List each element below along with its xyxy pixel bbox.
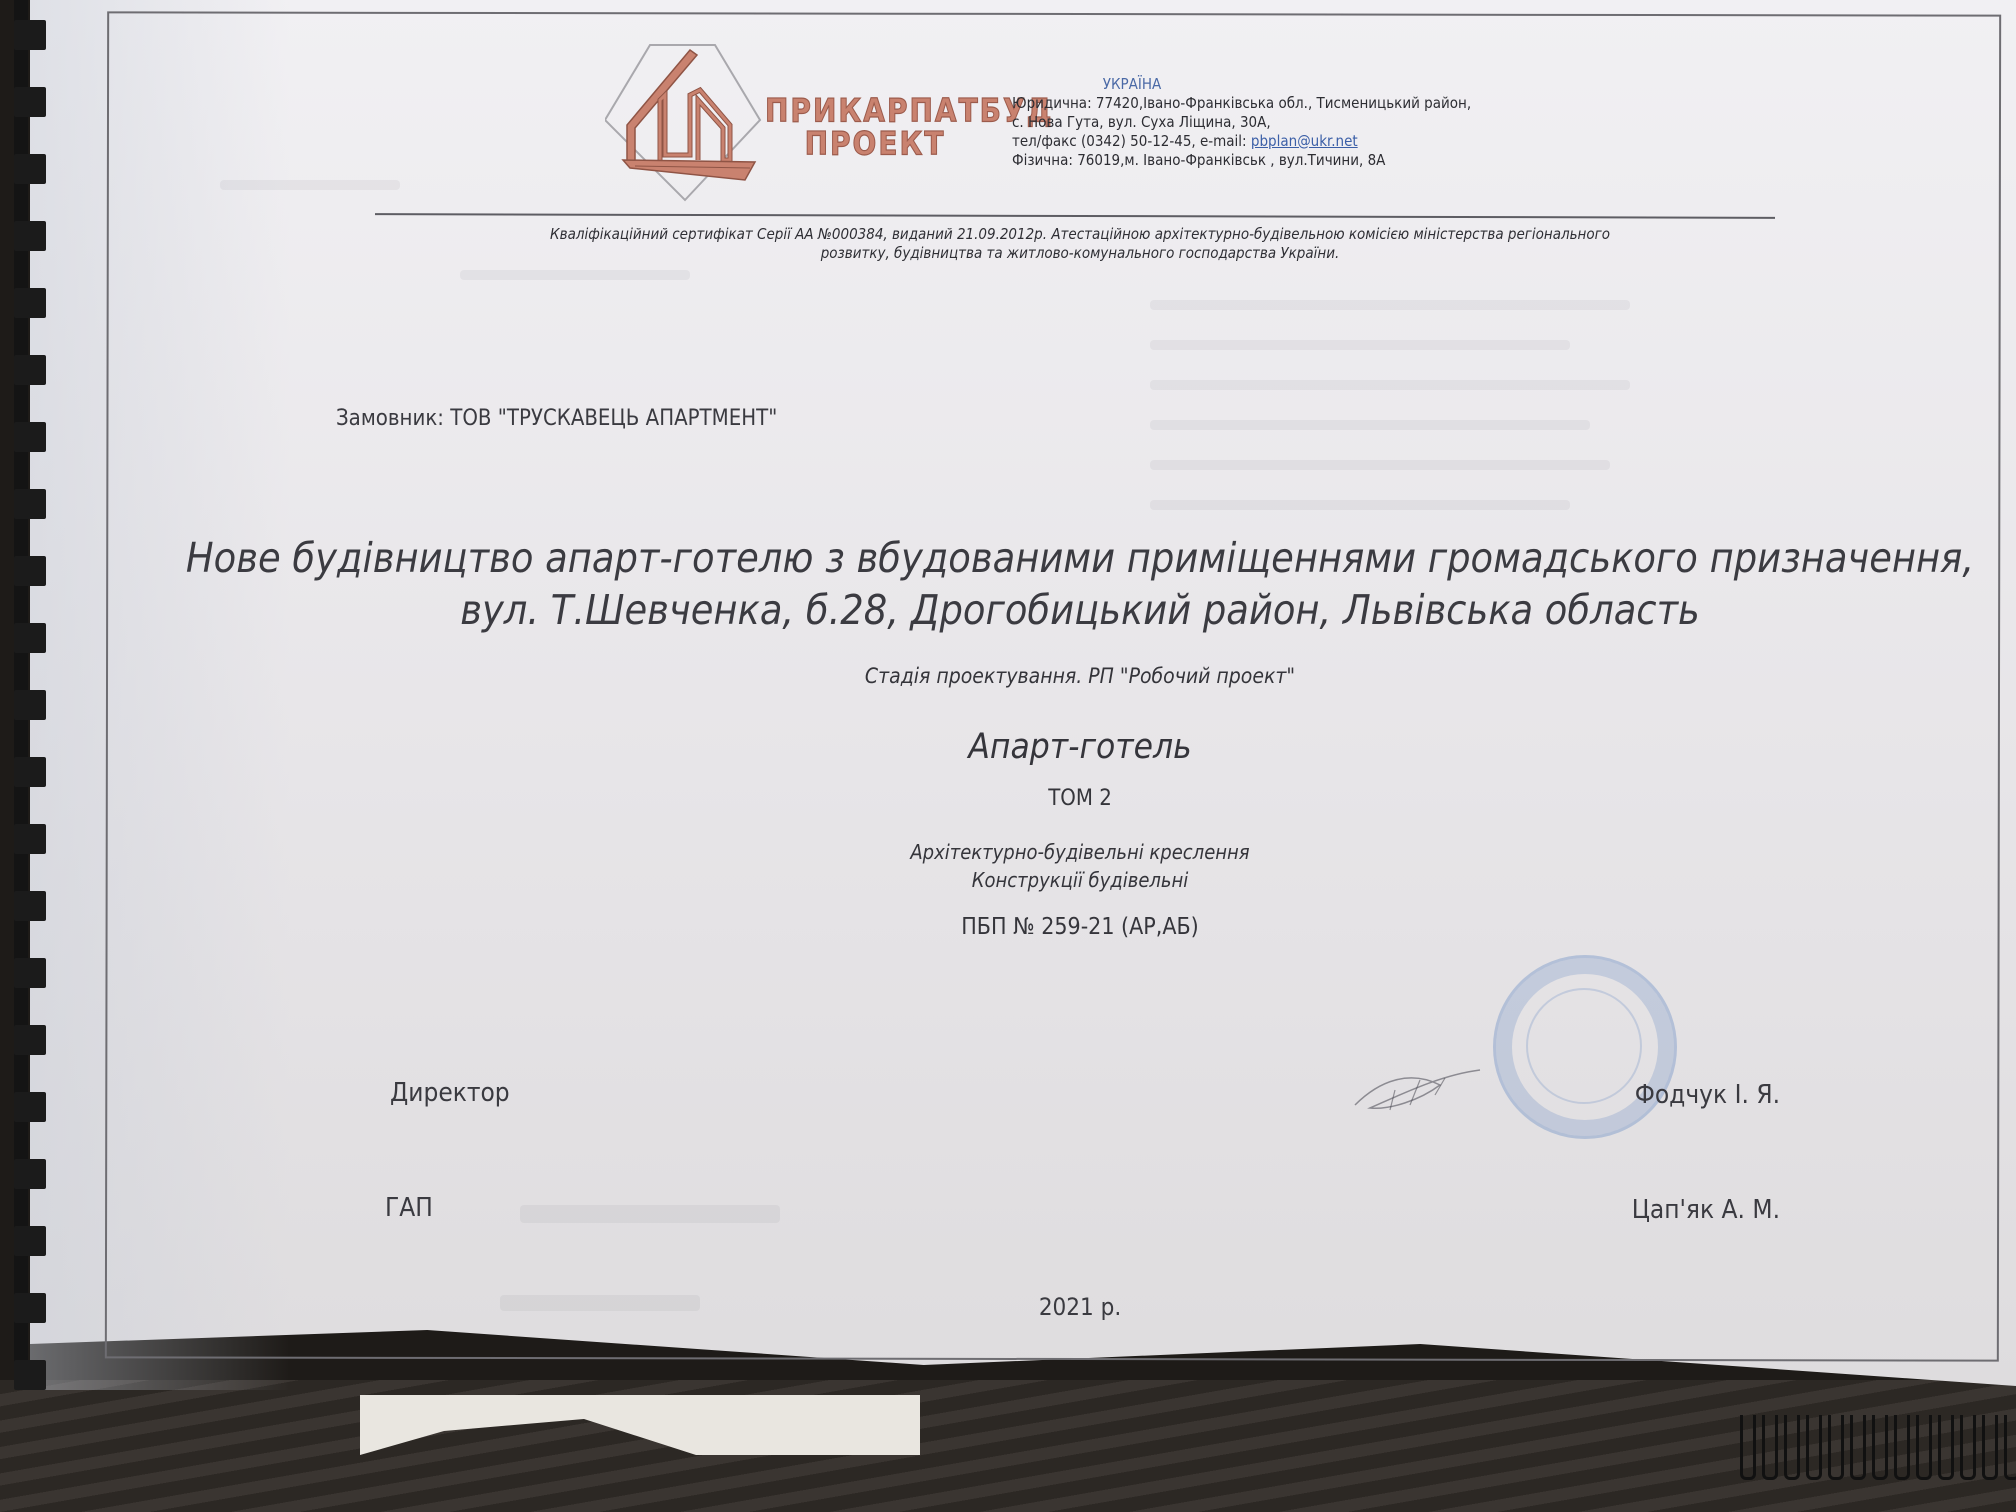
binding-tooth [14,1092,46,1122]
binding-tooth [14,1293,46,1323]
legal-address-line2: с. Нова Гута, вул. Суха Ліщина, 30А, [1012,113,1532,132]
binding-tooth [14,422,46,452]
client-label: Замовник: ТОВ "ТРУСКАВЕЦЬ АПАРТМЕНТ" [336,406,777,431]
binding-coil [1850,1415,1866,1480]
phone-email-line: тел/факс (0342) 50-12-45, e-mail: pbplan… [1012,132,1532,151]
binding-tooth [14,556,46,586]
certificate-note: Кваліфікаційний сертифікат Серії АА №000… [480,225,1680,263]
binding-tooth [14,1226,46,1256]
spiral-binding [0,0,50,1380]
physical-address: Фізична: 76019,м. Івано-Франківськ , вул… [1012,151,1532,170]
binding-tooth [14,1159,46,1189]
phone-label: тел/факс (0342) 50-12-45, e-mail: [1012,132,1251,150]
binding-tooth [14,891,46,921]
project-title: Нове будівництво апарт-готелю з вбудован… [150,532,2010,636]
binding-tooth [14,958,46,988]
binding-tooth [14,757,46,787]
company-name: ПРИКАРПАТБУД ПРОЕКТ [765,95,985,161]
chief-architect-name: Цап'як А. М. [1500,1195,1780,1225]
certificate-line2: розвитку, будівництва та житлово-комунал… [480,244,1680,263]
binding-tooth [14,489,46,519]
binding-coil [1872,1415,1888,1480]
binding-coil [1938,1415,1954,1480]
section-architectural: Архітектурно-будівельні креслення [700,838,1460,866]
binding-coil [2004,1415,2016,1480]
signature-icon [1350,1050,1490,1130]
binding-tooth [14,288,46,318]
spiral-binding-next-page [1740,1415,2016,1485]
project-title-line2: вул. Т.Шевченка, б.28, Дрогобицький райо… [150,584,2010,636]
chief-architect-role: ГАП [385,1193,433,1223]
binding-tooth [14,1360,46,1390]
director-role: Директор [390,1078,510,1108]
volume-sections: Архітектурно-будівельні креслення Констр… [700,838,1460,894]
country-label: УКРАЇНА [1012,75,1252,94]
binding-coil [1762,1415,1778,1480]
binding-tooth [14,1025,46,1055]
project-title-line1: Нове будівництво апарт-готелю з вбудован… [150,532,2010,584]
project-code: ПБП № 259-21 (АР,АБ) [700,914,1460,940]
binding-coil [1894,1415,1910,1480]
company-stamp [1493,955,1677,1139]
binding-coil [1784,1415,1800,1480]
binding-coil [1982,1415,1998,1480]
binding-coil [1828,1415,1844,1480]
binding-tooth [14,87,46,117]
binding-tooth [14,154,46,184]
director-name: Фодчук І. Я. [1500,1080,1780,1110]
binding-tooth [14,355,46,385]
binding-tooth [14,824,46,854]
certificate-line1: Кваліфікаційний сертифікат Серії АА №000… [480,225,1680,244]
company-name-line2: ПРОЕКТ [765,124,985,163]
binding-tooth [14,221,46,251]
company-logo-icon [605,40,765,205]
table-surface [0,1380,2016,1512]
binding-coil [1916,1415,1932,1480]
binding-coil [1740,1415,1756,1480]
legal-address-line1: Юридична: 77420,Івано-Франківська обл., … [1012,94,1532,113]
company-contacts: УКРАЇНА Юридична: 77420,Івано-Франківськ… [1012,75,1532,170]
binding-tooth [14,623,46,653]
binding-coil [1960,1415,1976,1480]
design-stage: Стадія проектування. РП "Робочий проект" [700,664,1460,688]
object-name: Апарт-готель [700,727,1460,767]
email-link[interactable]: pbplan@ukr.net [1251,132,1358,150]
binding-coil [1806,1415,1822,1480]
binding-tooth [14,20,46,50]
document-year: 2021 р. [980,1293,1180,1321]
section-structural: Конструкції будівельні [700,866,1460,894]
binding-tooth [14,690,46,720]
volume-number: ТОМ 2 [700,786,1460,811]
